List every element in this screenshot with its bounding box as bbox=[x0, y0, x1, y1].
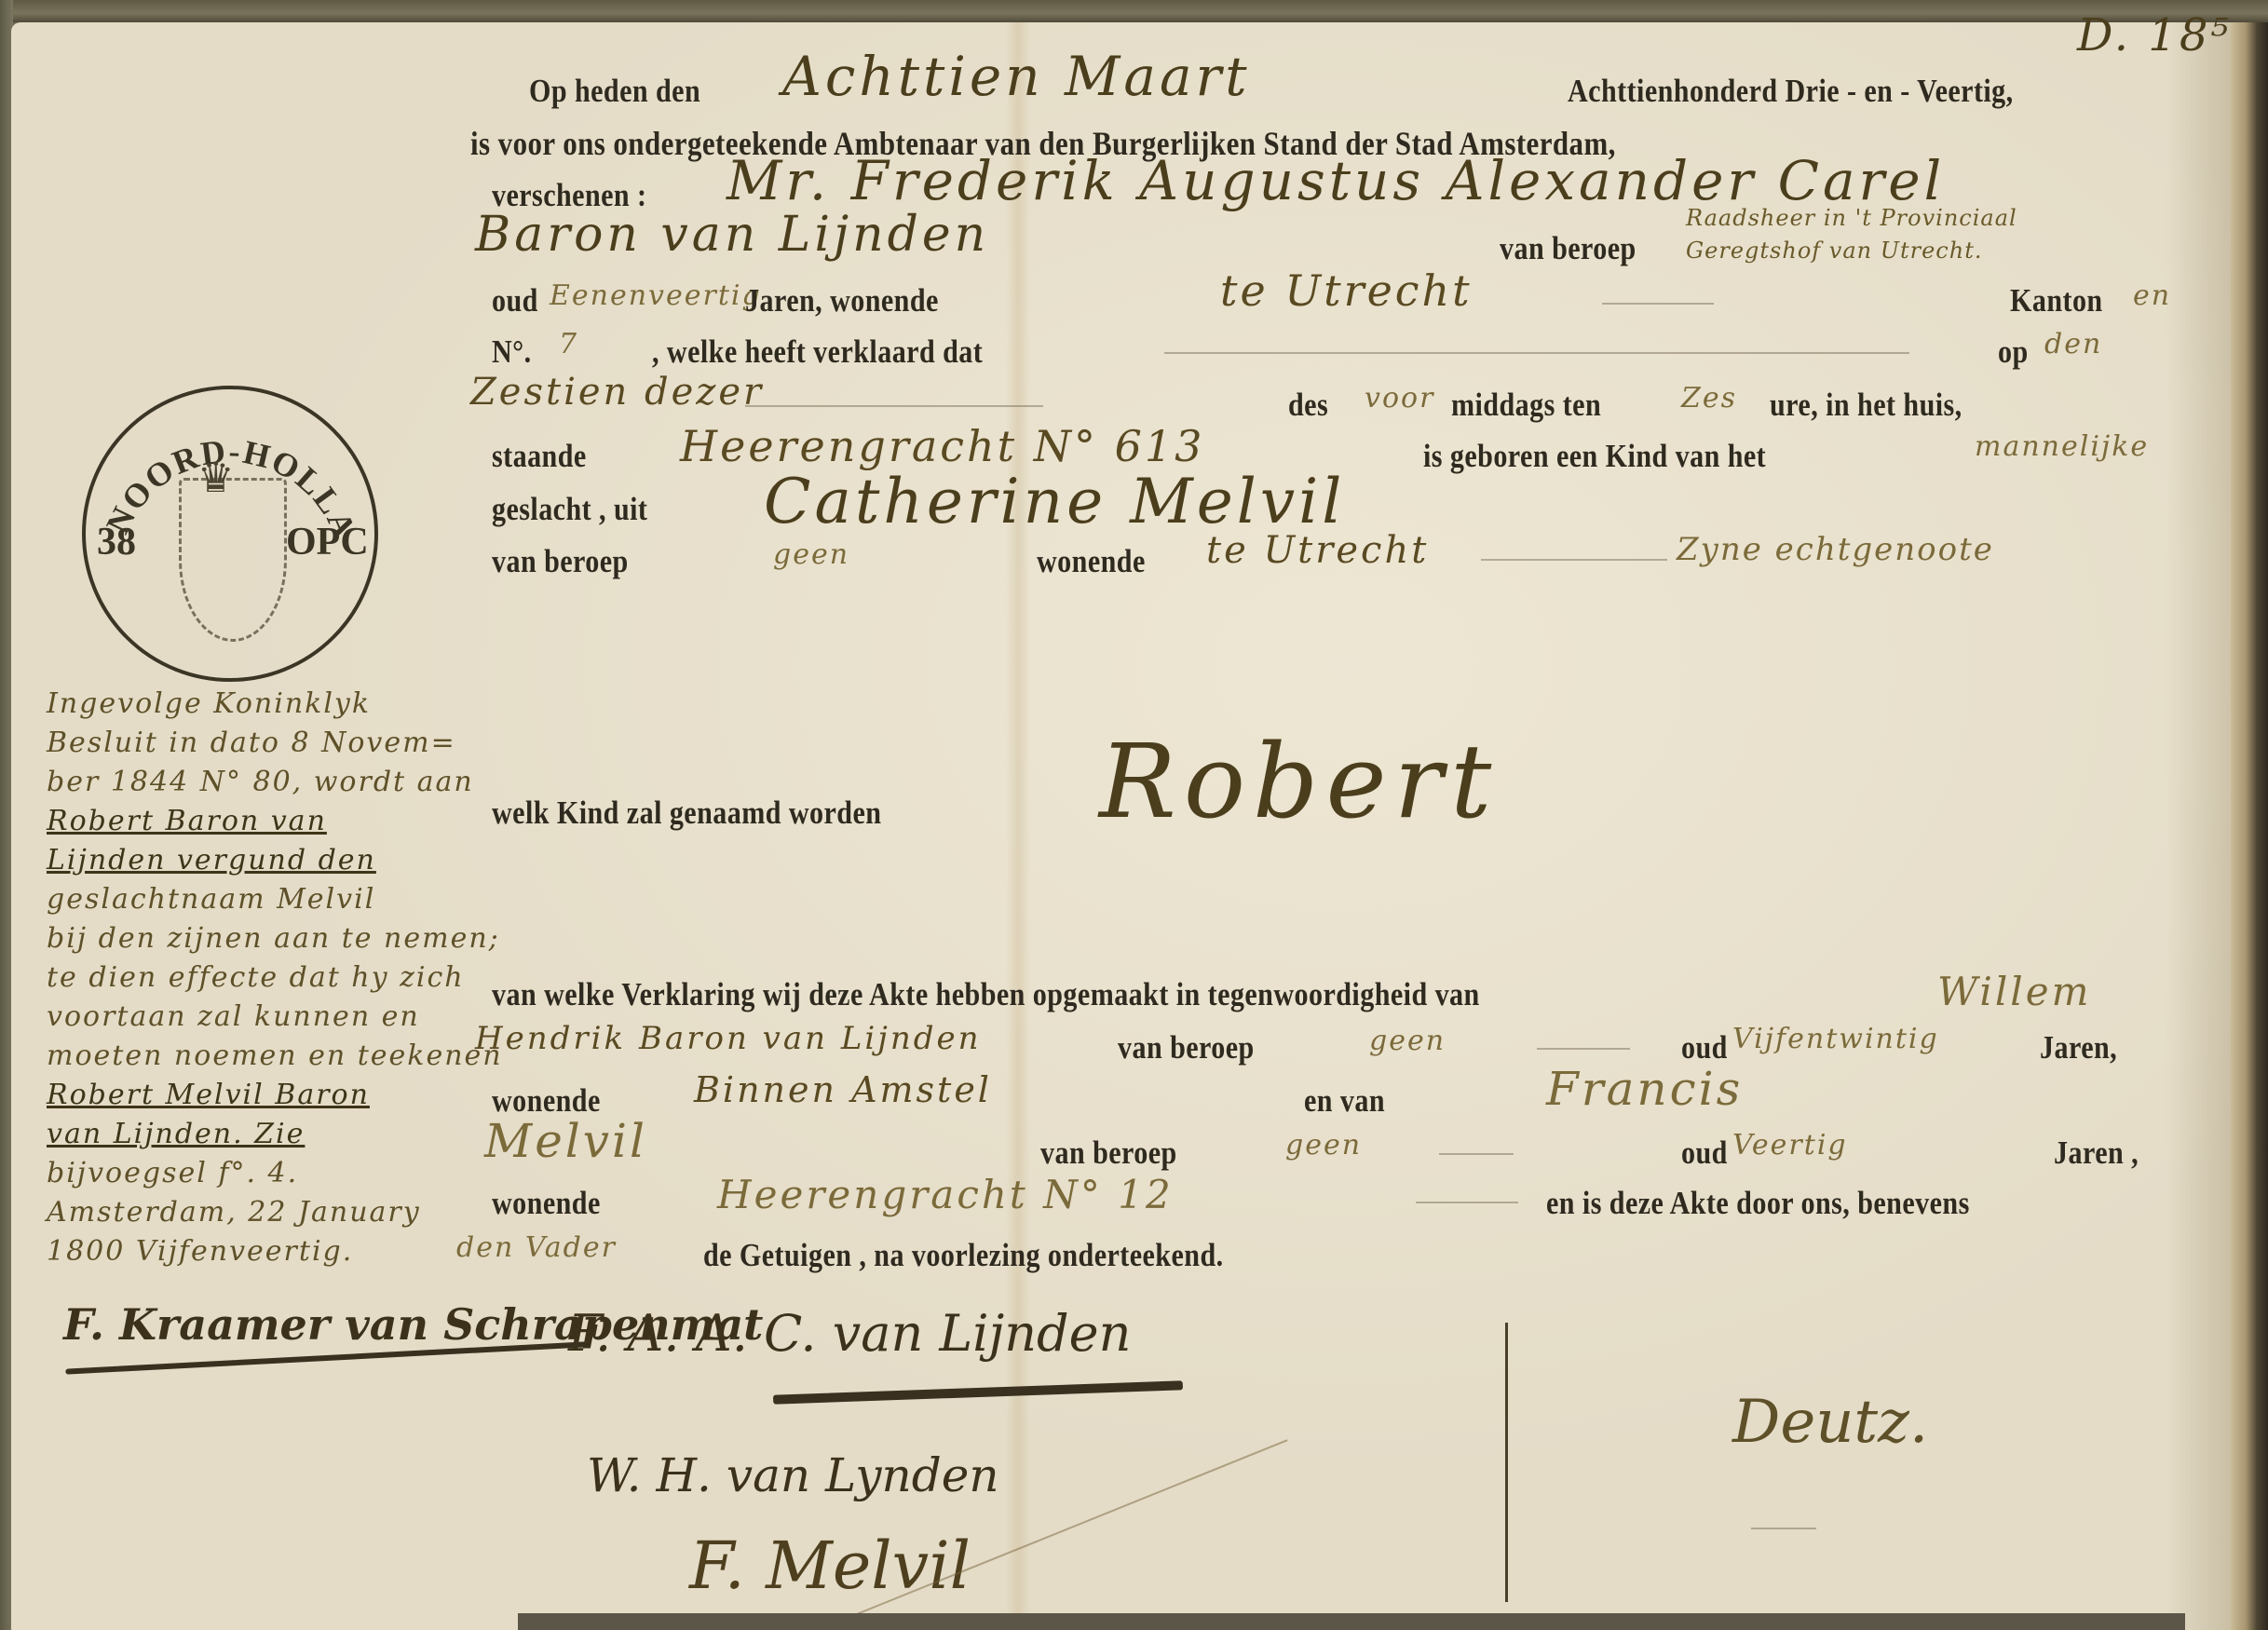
blank-line bbox=[1164, 352, 1909, 354]
margin-line: voortaan zal kunnen en bbox=[47, 998, 512, 1037]
printed-ure-huis: ure, in het huis, bbox=[1770, 387, 1962, 424]
printed-geboren: is geboren een Kind van het bbox=[1423, 438, 1766, 475]
hand-mother-name: Catherine Melvil bbox=[764, 466, 1345, 537]
margin-line: 1800 Vijfenveertig. bbox=[47, 1232, 512, 1271]
printed-jaren-2: Jaren, bbox=[2040, 1029, 2117, 1066]
margin-line: moeten noemen en teekenen bbox=[47, 1037, 512, 1076]
printed-getuigen: de Getuigen , na voorlezing onderteekend… bbox=[703, 1237, 1224, 1274]
blank-line bbox=[1537, 1048, 1630, 1050]
margin-line: Ingevolge Koninklyk bbox=[47, 685, 512, 724]
noord-holland-stamp: NOORD-HOLLAND. ♛ 38 OPC bbox=[82, 386, 378, 682]
printed-jaren-3: Jaren , bbox=[2054, 1134, 2139, 1172]
signature-bracket bbox=[1505, 1323, 1514, 1602]
stamp-left-text: 38 bbox=[97, 520, 136, 564]
hand-witness1-profession: geen bbox=[1369, 1025, 1446, 1057]
printed-van-beroep-4: van beroep bbox=[1040, 1134, 1177, 1172]
margin-line: van Lijnden. Zie bbox=[47, 1115, 512, 1154]
margin-line: ber 1844 N° 80, wordt aan bbox=[47, 763, 512, 802]
printed-akte-door-ons: en is deze Akte door ons, benevens bbox=[1546, 1185, 1970, 1222]
hand-birth-address: Heerengracht N° 613 bbox=[680, 421, 1204, 471]
page-edge bbox=[2231, 22, 2268, 1630]
margin-line: te dien effecte dat hy zich bbox=[47, 958, 512, 998]
hand-witness2-residence: Heerengracht N° 12 bbox=[717, 1172, 1174, 1217]
printed-op-heden: Op heden den bbox=[529, 73, 700, 110]
hand-op-den: den bbox=[2044, 328, 2102, 360]
printed-van-beroep-3: van beroep bbox=[1118, 1029, 1255, 1066]
hand-witness1-residence: Binnen Amstel bbox=[694, 1069, 992, 1110]
printed-verklaring: van welke Verklaring wij deze Akte hebbe… bbox=[492, 976, 1480, 1013]
hand-kanton: en bbox=[2133, 279, 2171, 312]
hand-witness1-age: Vijfentwintig bbox=[1732, 1023, 1939, 1055]
printed-kind-genaamd: welk Kind zal genaamd worden bbox=[492, 795, 881, 832]
hand-declarant-profession-2: Geregtshof van Utrecht. bbox=[1686, 238, 1982, 264]
hand-witness2-profession: geen bbox=[1285, 1129, 1362, 1161]
margin-line: Besluit in dato 8 Novem= bbox=[47, 724, 512, 763]
blank-line bbox=[745, 405, 1043, 407]
blank-line bbox=[1416, 1202, 1518, 1203]
hand-sex: mannelijke bbox=[1975, 430, 2149, 463]
signature-witness1: W. H. van Lynden bbox=[587, 1448, 999, 1502]
hand-day-part: voor bbox=[1365, 382, 1434, 414]
shield-icon bbox=[179, 478, 287, 642]
printed-van-beroep-1: van beroep bbox=[1500, 230, 1636, 267]
printed-des: des bbox=[1288, 387, 1328, 424]
hand-declarant-name: Mr. Frederik Augustus Alexander Carel bbox=[727, 149, 1945, 212]
hand-declarant-profession-1: Raadsheer in 't Provinciaal bbox=[1686, 205, 2017, 231]
book-binding-top bbox=[0, 0, 2268, 22]
margin-line: Robert Melvil Baron bbox=[47, 1076, 512, 1115]
signature-declarant: F. A. A. C. van Lijnden bbox=[568, 1304, 1131, 1363]
margin-annotation: Ingevolge Koninklyk Besluit in dato 8 No… bbox=[47, 685, 512, 1271]
hand-witness1-name-b: Hendrik Baron van Lijnden bbox=[475, 1020, 982, 1057]
hand-child-name: Robert bbox=[1099, 722, 1499, 841]
printed-oud-1: oud bbox=[492, 282, 538, 319]
hand-mother-profession: geen bbox=[773, 538, 849, 571]
margin-line: bij den zijnen aan te nemen; bbox=[47, 919, 512, 958]
hand-declarant-age: Eenenveertig bbox=[550, 279, 762, 312]
hand-mother-relation: Zyne echtgenoote bbox=[1677, 531, 1994, 568]
printed-jaren-wonende: Jaren, wonende bbox=[745, 282, 939, 319]
hand-mother-residence: te Utrecht bbox=[1206, 529, 1429, 572]
printed-en-van: en van bbox=[1304, 1082, 1385, 1120]
hand-declarant-name-2: Baron van Lijnden bbox=[475, 207, 989, 263]
printed-op: op bbox=[1998, 333, 2029, 371]
printed-oud-2: oud bbox=[1681, 1029, 1728, 1066]
blank-line bbox=[1439, 1153, 1514, 1155]
hand-declarant-residence: te Utrecht bbox=[1220, 265, 1473, 316]
folio-number: D. 18⁵ bbox=[2077, 9, 2232, 61]
hand-house-number: 7 bbox=[559, 328, 578, 360]
next-page-edge bbox=[518, 1613, 2185, 1630]
hand-witness2-name-a: Francis bbox=[1546, 1062, 1743, 1116]
signature-registrar: Deutz. bbox=[1732, 1388, 1928, 1457]
printed-middags-ten: middags ten bbox=[1451, 387, 1601, 424]
signature-witness2: F. Melvil bbox=[689, 1528, 971, 1604]
printed-no: N°. bbox=[492, 333, 532, 371]
hand-witness1-name-a: Willem bbox=[1937, 969, 2091, 1014]
printed-oud-3: oud bbox=[1681, 1134, 1728, 1172]
margin-line: Amsterdam, 22 January bbox=[47, 1193, 512, 1232]
printed-geslacht-uit: geslacht , uit bbox=[492, 491, 647, 528]
printed-kanton: Kanton bbox=[2010, 282, 2103, 319]
margin-line: geslachtnaam Melvil bbox=[47, 880, 512, 919]
printed-staande: staande bbox=[492, 438, 587, 475]
hand-birth-date: Zestien dezer bbox=[470, 371, 764, 414]
margin-line: Robert Baron van bbox=[47, 802, 512, 841]
printed-wonende-2: wonende bbox=[1037, 543, 1146, 580]
margin-line: Lijnden vergund den bbox=[47, 841, 512, 880]
stamp-right-text: OPC bbox=[286, 520, 369, 564]
hand-day-month: Achttien Maart bbox=[782, 45, 1251, 108]
printed-year: Achttienhonderd Drie - en - Veertig, bbox=[1568, 73, 2014, 110]
margin-line: bijvoegsel f°. 4. bbox=[47, 1154, 512, 1193]
blank-line bbox=[1481, 559, 1667, 561]
blank-line bbox=[1751, 1528, 1816, 1529]
blank-line bbox=[1602, 303, 1714, 305]
printed-verklaard: , welke heeft verklaard dat bbox=[652, 333, 983, 371]
hand-witness2-age: Veertig bbox=[1732, 1129, 1848, 1161]
hand-hour: Zes bbox=[1681, 382, 1737, 414]
printed-van-beroep-2: van beroep bbox=[492, 543, 629, 580]
